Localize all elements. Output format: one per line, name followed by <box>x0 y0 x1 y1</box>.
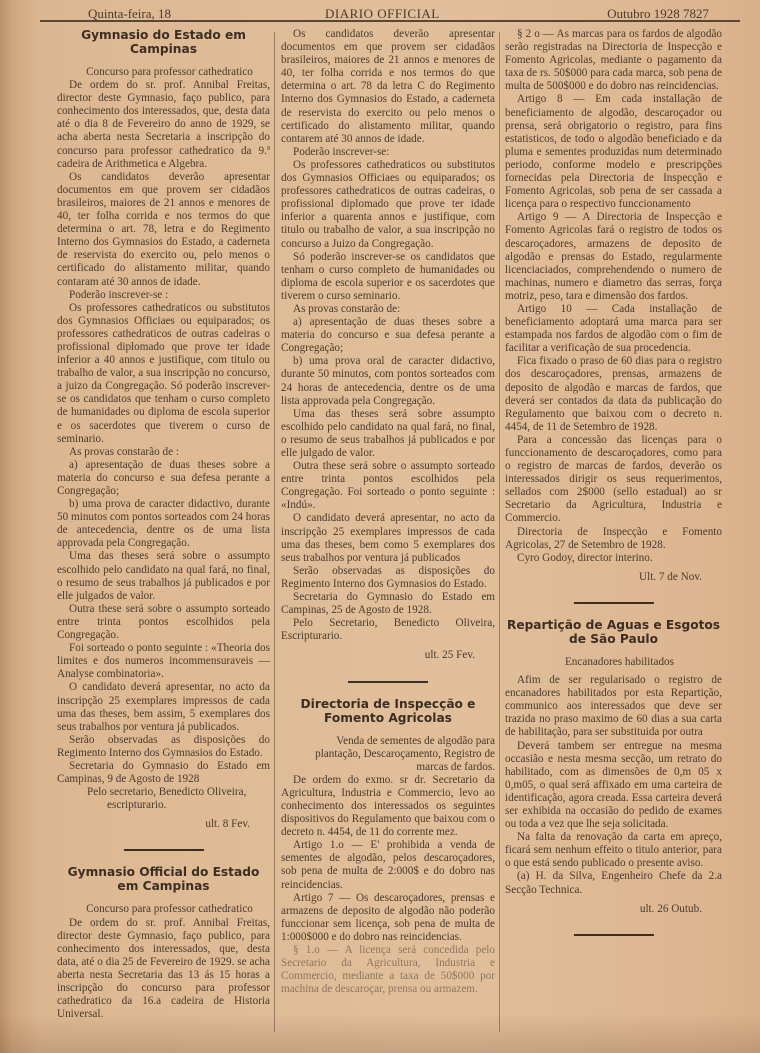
paragraph: Poderão inscrever-se: <box>281 146 495 159</box>
paragraph: Secretaria do Gymnasio do Estado em Camp… <box>57 760 270 786</box>
article-title: Directoria de Inspecção e Fomento Agrico… <box>281 697 495 725</box>
article-subtitle: Concurso para professor cathedratico <box>57 66 270 79</box>
paragraph: Na falta da renovação da carta em apreço… <box>505 831 722 870</box>
newspaper-page: Quinta-feira, 18 DIARIO OFFICIAL Outubro… <box>0 0 760 1053</box>
section-separator <box>574 602 654 604</box>
paragraph: Os professores cathedraticos ou substitu… <box>57 302 270 446</box>
article-gymnasio-official: Gymnasio Official do Estado em Campinas … <box>57 865 270 1021</box>
column-1: Gymnasio do Estado em Campinas Concurso … <box>57 28 270 1021</box>
paragraph: Artigo 9 — A Directoria de Inspecção e F… <box>505 211 722 303</box>
publication-note: ult. 8 Fev. <box>57 818 270 831</box>
paragraph: Outra these será sobre o assumpto sortea… <box>57 603 270 642</box>
signature: (a) H. da Silva, Engenheiro Chefe da 2.a… <box>505 870 722 896</box>
paragraph: Os candidatos deverão apresentar documen… <box>281 28 495 146</box>
paragraph: De ordem do sr. prof. Annibal Freitas, d… <box>57 79 270 171</box>
column-2: Os candidatos deverão apresentar documen… <box>281 28 495 996</box>
paragraph: O candidato deverá apresentar, no acto d… <box>57 681 270 733</box>
signature: Pelo secretario, Benedicto Oliveira, <box>57 786 270 799</box>
paragraph: As provas constarão de: <box>281 303 495 316</box>
section-separator <box>124 849 204 851</box>
article-title: Repartição de Aguas e Esgotos de São Pau… <box>505 618 722 646</box>
paragraph: a) apresentação de duas theses sobre a m… <box>57 459 270 498</box>
paragraph: Só poderão inscrever-se os candidatos qu… <box>281 251 495 303</box>
signature: Cyro Godoy, director interino. <box>505 552 722 565</box>
paragraph: As provas constarão de : <box>57 446 270 459</box>
paragraph: b) uma prova de caracter didactivo, dura… <box>57 498 270 550</box>
paragraph: b) uma prova oral de caracter didactivo,… <box>281 355 495 407</box>
paragraph: De ordem do exmo. sr dr. Secretario da A… <box>281 774 495 839</box>
section-separator <box>574 934 654 936</box>
paragraph: Para a concessão das licenças para o fun… <box>505 434 722 526</box>
paragraph: Fica fixado o praso de 60 dias para o re… <box>505 355 722 434</box>
paragraph: Artigo 10 — Cada installação de benefici… <box>505 303 722 355</box>
paragraph: a) apresentação de duas theses sobre a m… <box>281 316 495 355</box>
header-rule <box>40 20 740 22</box>
column-divider <box>499 32 500 1032</box>
article-gymnasio-continued: Os candidatos deverão apresentar documen… <box>281 28 495 663</box>
paragraph: Os professores cathedraticos ou substitu… <box>281 159 495 251</box>
article-directoria-continued: § 2 o — As marcas para os fardos de algo… <box>505 28 722 584</box>
publication-note: Ult. 7 de Nov. <box>505 571 722 584</box>
paragraph: Foi sorteado o ponto seguinte : «Theoria… <box>57 642 270 681</box>
article-title: Gymnasio do Estado em Campinas <box>57 28 270 56</box>
paragraph: O candidato deverá apresentar, no acto d… <box>281 512 495 564</box>
article-title: Gymnasio Official do Estado em Campinas <box>57 865 270 893</box>
paragraph: Poderão inscrever-se : <box>57 289 270 302</box>
paragraph: § 2 o — As marcas para os fardos de algo… <box>505 28 722 93</box>
article-reparticao-aguas: Repartição de Aguas e Esgotos de São Pau… <box>505 618 722 936</box>
article-subtitle: Concurso para professor cathedratico <box>57 903 270 916</box>
paragraph: Artigo 8 — Em cada installação de benefi… <box>505 93 722 211</box>
paragraph: Uma das theses será sobre o assumpto esc… <box>57 550 270 602</box>
column-divider <box>274 32 275 1032</box>
paragraph: Os candidatos deverão apresentar documen… <box>57 171 270 289</box>
signature-title: escripturario. <box>57 799 270 812</box>
column-3: § 2 o — As marcas para os fardos de algo… <box>505 28 722 950</box>
paragraph: Artigo 7 — Os descaroçadores, prensas e … <box>281 892 495 944</box>
article-subtitle: Encanadores habilitados <box>505 656 722 669</box>
paragraph: § 1.o — A licença será concedida pelo Se… <box>281 944 495 996</box>
publication-note: ult. 26 Outub. <box>505 903 722 916</box>
paragraph: Deverá tambem ser entregue na mesma occa… <box>505 740 722 832</box>
article-directoria-inspeccao: Directoria de Inspecção e Fomento Agrico… <box>281 697 495 997</box>
paragraph: Serão observadas as disposições do Regim… <box>57 734 270 760</box>
paragraph: Outra these será sobre o assumpto sortea… <box>281 460 495 512</box>
publication-note: ult. 25 Fev. <box>281 649 495 662</box>
paragraph: Directoria de Inspecção e Fomento Agrico… <box>505 526 722 552</box>
section-separator <box>348 681 428 683</box>
article-gymnasio-estado: Gymnasio do Estado em Campinas Concurso … <box>57 28 270 831</box>
paragraph: Pelo Secretario, Benedicto Oliveira, Esc… <box>281 617 495 643</box>
paragraph: Afim de ser regularisado o registro de e… <box>505 674 722 739</box>
paragraph: Artigo 1.o — E' prohibida a venda de sem… <box>281 839 495 891</box>
paragraph: De ordem do sr. prof. Annibal Freitas, d… <box>57 917 270 1022</box>
article-subtitle: Venda de sementes de algodão para planta… <box>281 735 495 774</box>
paragraph: Uma das theses será sobre assumpto escol… <box>281 408 495 460</box>
paragraph: Serão observadas as disposições do Regim… <box>281 565 495 591</box>
paragraph: Secretaria do Gymnasio do Estado em Camp… <box>281 591 495 617</box>
